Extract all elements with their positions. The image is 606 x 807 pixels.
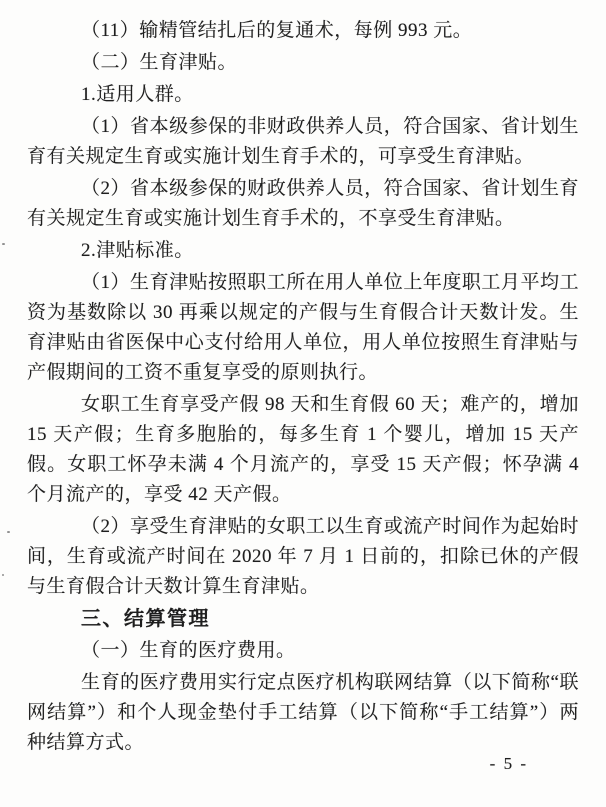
scan-speck bbox=[7, 531, 10, 533]
paragraph-non-government-funded: （1）省本级参保的非财政供养人员，符合国家、省计划生育有关规定生育或实施计划生育… bbox=[27, 112, 579, 172]
scan-speck bbox=[2, 574, 4, 576]
scanned-document-page: （11）输精管结扎后的复通术，每例 993 元。 （二）生育津贴。 1.适用人群… bbox=[0, 0, 606, 807]
paragraph-settlement-methods: 生育的医疗费用实行定点医疗机构联网结算（以下简称“联网结算”）和个人现金垫付手工… bbox=[27, 668, 579, 758]
page-number: - 5 - bbox=[490, 749, 528, 779]
paragraph-medical-expenses-heading: （一）生育的医疗费用。 bbox=[27, 636, 579, 666]
scan-speck bbox=[2, 243, 5, 245]
section-heading-settlement-management: 三、结算管理 bbox=[27, 604, 579, 634]
paragraph-allowance-standard-heading: 2.津贴标准。 bbox=[27, 236, 579, 266]
paragraph-applicable-groups-heading: 1.适用人群。 bbox=[27, 80, 579, 110]
paragraph-vasectomy-reversal-fee: （11）输精管结扎后的复通术，每例 993 元。 bbox=[27, 16, 579, 46]
paragraph-allowance-calculation: （1）生育津贴按照职工所在用人单位上年度职工月平均工资为基数除以 30 再乘以规… bbox=[27, 268, 579, 388]
paragraph-start-time-rule: （2）享受生育津贴的女职工以生育或流产时间作为起始时间，生育或流产时间在 202… bbox=[27, 512, 579, 602]
paragraph-government-funded: （2）省本级参保的财政供养人员，符合国家、省计划生育有关规定生育或实施计划生育手… bbox=[27, 174, 579, 234]
paragraph-leave-days: 女职工生育享受产假 98 天和生育假 60 天；难产的，增加 15 天产假；生育… bbox=[27, 390, 579, 510]
paragraph-maternity-allowance-heading: （二）生育津贴。 bbox=[27, 48, 579, 78]
